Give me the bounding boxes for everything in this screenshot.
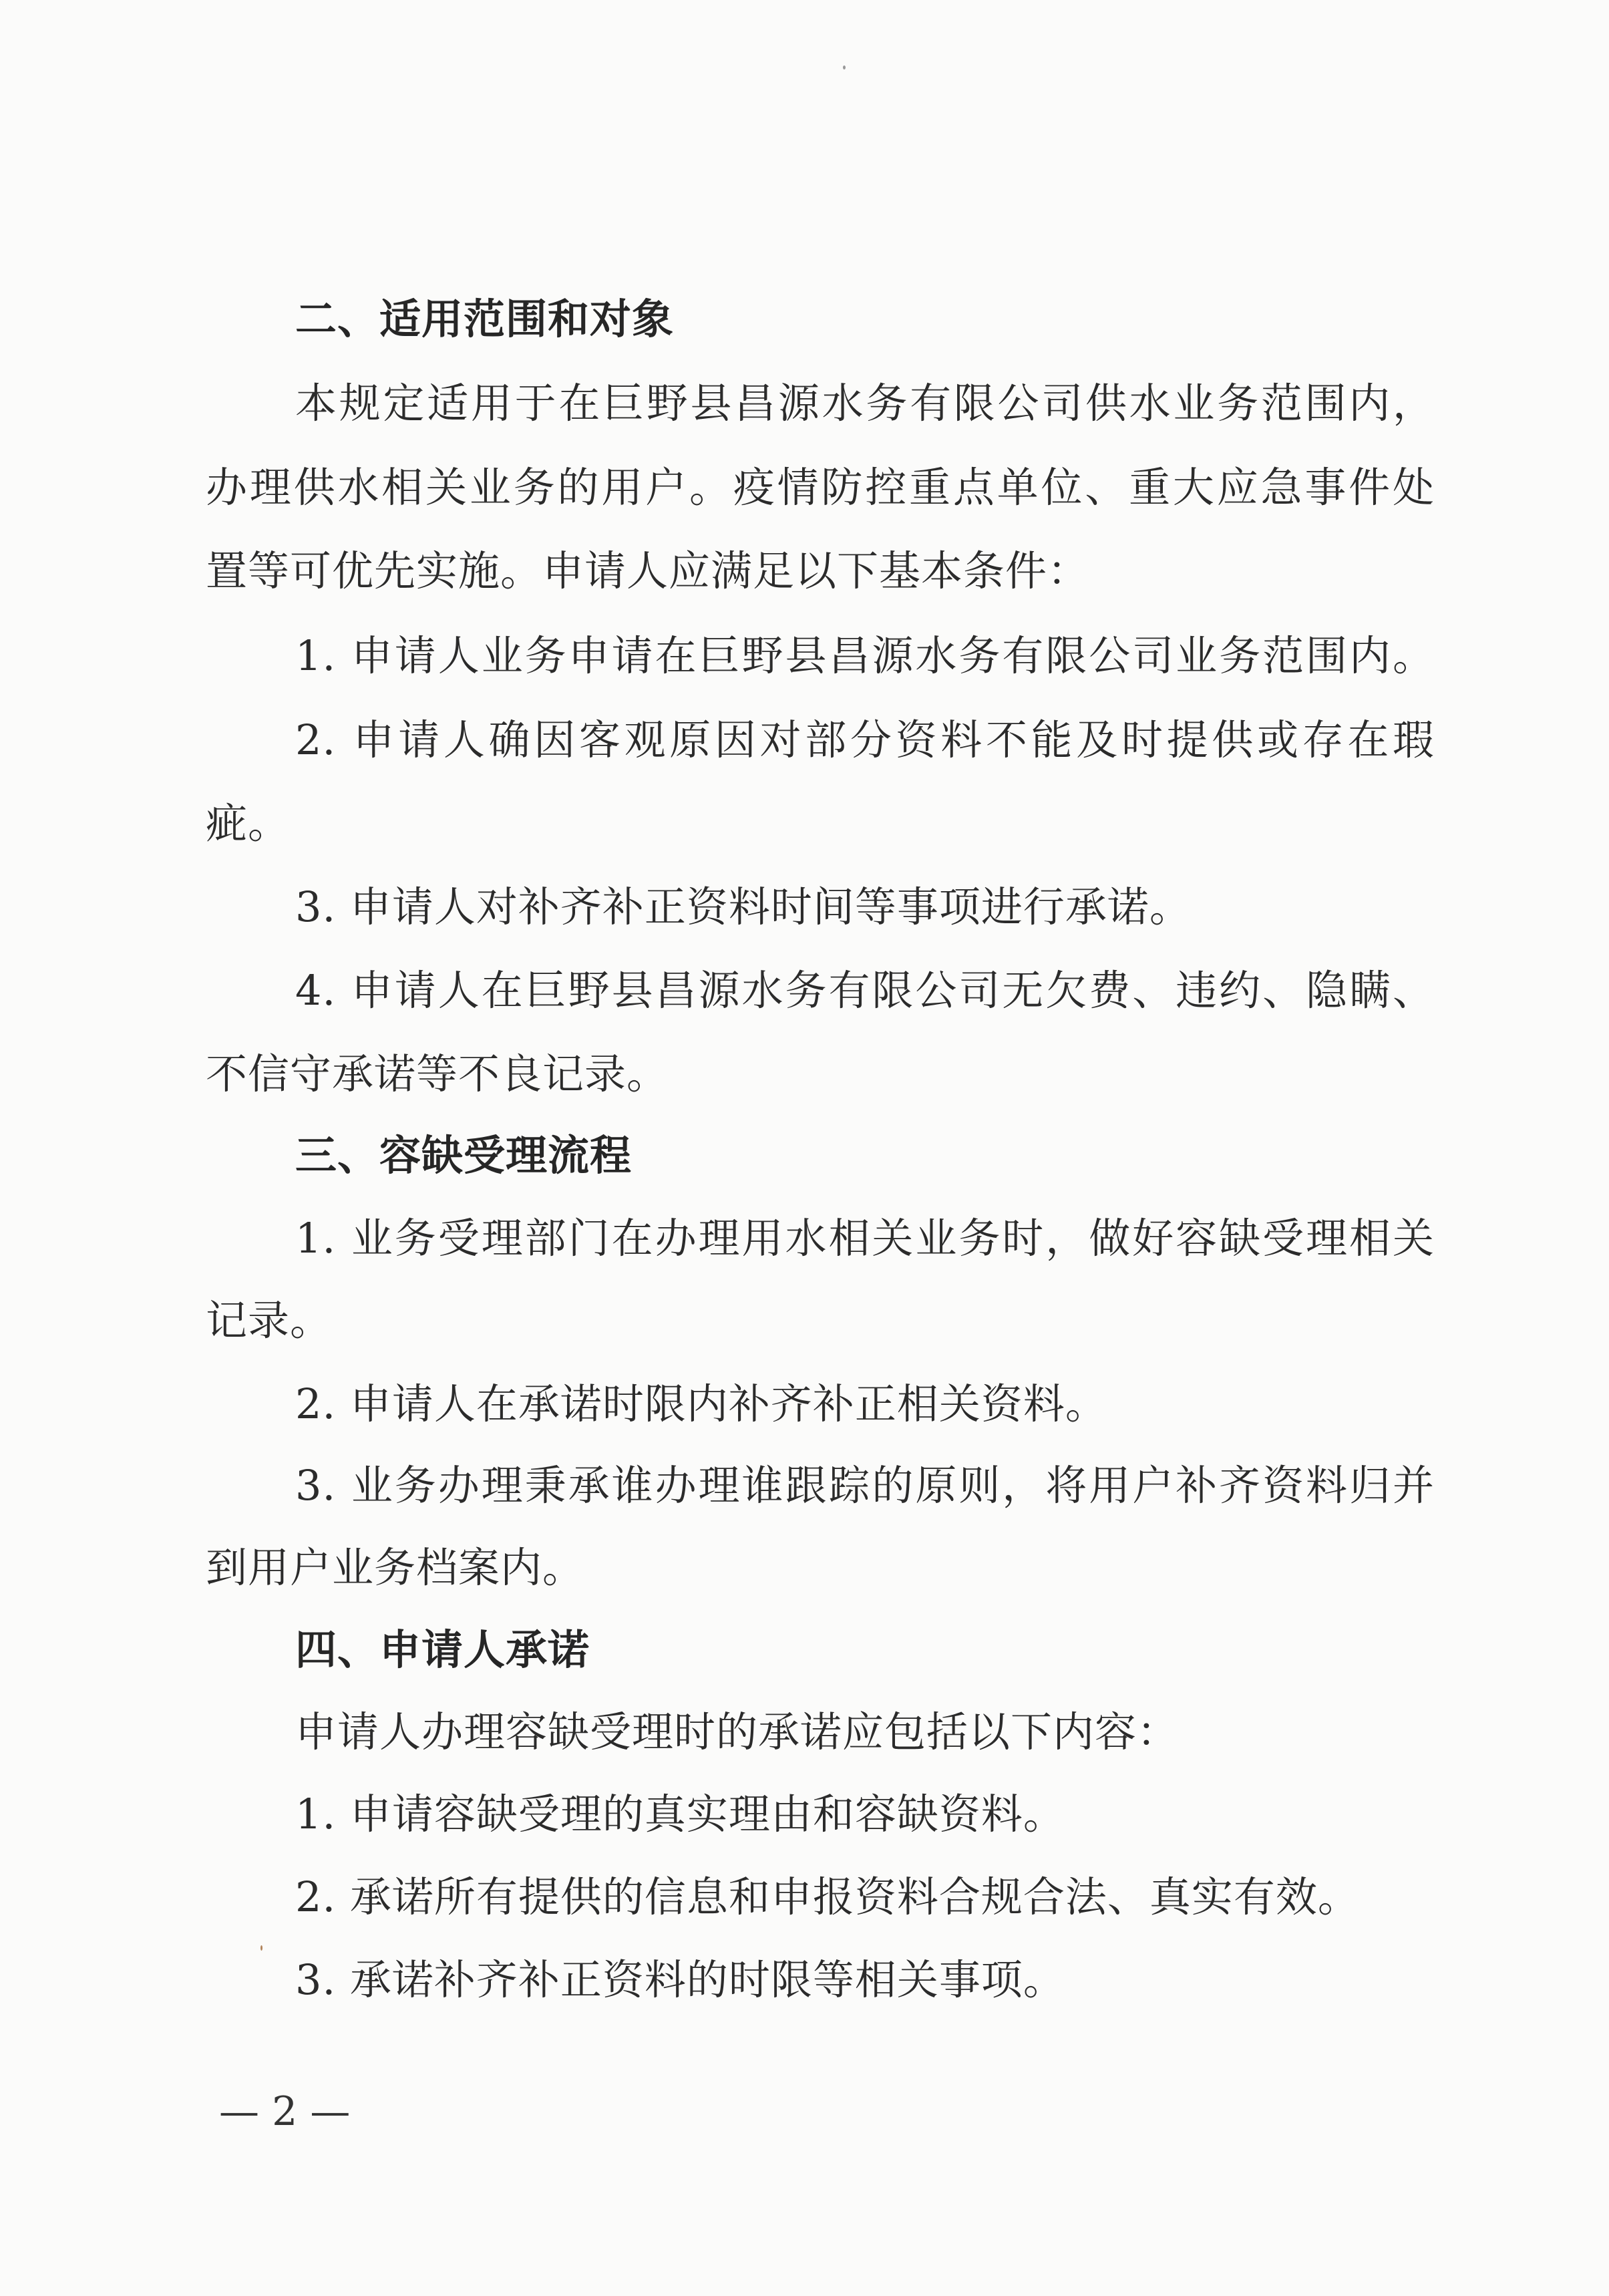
paragraph-line: 置等可优先实施。申请人应满足以下基本条件：: [206, 547, 1089, 595]
list-item: 2. 申请人在承诺时限内补齐补正相关资料。: [295, 1380, 1107, 1428]
list-item: 1. 申请人业务申请在巨野县昌源水务有限公司业务范围内。: [295, 632, 1435, 680]
section-heading-scope: 二、适用范围和对象: [295, 295, 674, 343]
list-item-continuation: 到用户业务档案内。: [206, 1544, 584, 1592]
list-item-continuation: 不信守承诺等不良记录。: [206, 1050, 669, 1098]
paragraph-line: 本规定适用于在巨野县昌源水务有限公司供水业务范围内，: [295, 379, 1435, 428]
section-heading-commitment: 四、申请人承诺: [295, 1626, 590, 1674]
list-item: 3. 业务办理秉承谁办理谁跟踪的原则，将用户补齐资料归并: [295, 1462, 1435, 1510]
list-item: 4. 申请人在巨野县昌源水务有限公司无欠费、违约、隐瞒、: [295, 967, 1435, 1015]
paragraph-line: 申请人办理容缺受理时的承诺应包括以下内容：: [295, 1708, 1179, 1756]
list-item: 3. 承诺补齐补正资料的时限等相关事项。: [295, 1956, 1065, 2004]
section-heading-process: 三、容缺受理流程: [295, 1132, 632, 1180]
list-item: 2. 申请人确因客观原因对部分资料不能及时提供或存在瑕: [295, 716, 1435, 764]
list-item-continuation: 记录。: [206, 1297, 332, 1345]
list-item-continuation: 疵。: [206, 800, 290, 848]
list-item: 1. 业务受理部门在办理用水相关业务时，做好容缺受理相关: [295, 1214, 1435, 1263]
scan-speck: [260, 1945, 262, 1951]
list-item: 3. 申请人对补齐补正资料时间等事项进行承诺。: [295, 883, 1192, 931]
list-item: 1. 申请容缺受理的真实理由和容缺资料。: [295, 1790, 1065, 1838]
page-number: — 2 —: [219, 2088, 350, 2136]
list-item: 2. 承诺所有提供的信息和申报资料合规合法、真实有效。: [295, 1873, 1360, 1921]
paragraph-line: 办理供水相关业务的用户。疫情防控重点单位、重大应急事件处: [206, 464, 1435, 512]
scan-speck: [843, 65, 846, 69]
